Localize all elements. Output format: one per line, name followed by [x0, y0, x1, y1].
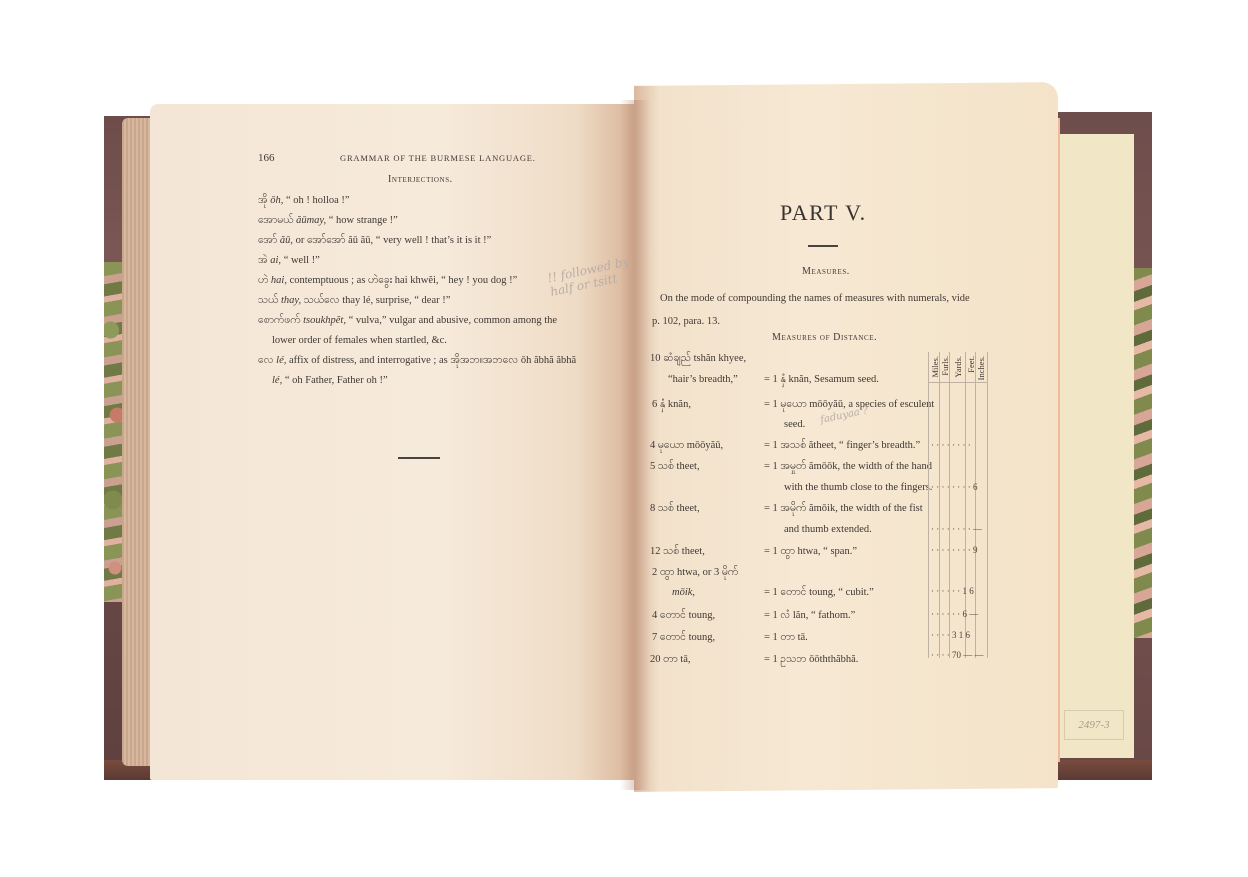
table-cell: · · · · · · 1 6: [931, 586, 974, 596]
entry-line: ဟဲ hai, contemptuous ; as ဟဲခွေး hai khw…: [258, 271, 517, 291]
book-gutter: [620, 100, 650, 790]
measure-left: 4 မုယော mōōyăū,: [650, 437, 723, 455]
intro-text-reference: p. 102, para. 13.: [652, 313, 720, 331]
measure-left: 5 သစ် theet,: [650, 458, 700, 476]
measure-right: = 1 နှံ knăn, Sesamum seed.: [764, 371, 879, 389]
entry-line: အဲ ai, “ well !”: [258, 251, 320, 271]
measure-right: = 1 ထွာ htwa, “ span.”: [764, 543, 857, 561]
measure-left: 12 သစ် theet,: [650, 543, 705, 561]
measure-left: 8 သစ် theet,: [650, 500, 700, 518]
part-title: PART V.: [780, 204, 867, 222]
entry-line: အို ōh, “ oh ! holloa !”: [258, 191, 350, 211]
entry-line-continuation: lé, “ oh Father, Father oh !”: [272, 371, 388, 391]
section-end-rule: [398, 457, 440, 459]
col-header-yards: Yards.: [953, 356, 963, 378]
right-endpaper: [1058, 134, 1134, 758]
measure-right: with the thumb close to the fingers.: [784, 479, 932, 497]
measure-right: = 1 အမှုတ် ămōōk, the width of the hand: [764, 458, 932, 476]
measure-right: = 1 တာ tā.: [764, 629, 808, 647]
measure-right: and thumb extended.: [784, 521, 872, 539]
measure-right: = 1 အသစ် ătheet, “ finger’s breadth.”: [764, 437, 920, 455]
measure-left: 6 နှံ knăn,: [652, 396, 691, 414]
units-table: Miles. Furls. Yards. Feet. Inches. · · ·…: [928, 352, 987, 658]
table-cell: · · · · 70 — —: [931, 650, 984, 660]
page-number: 166: [258, 148, 275, 168]
measure-left: 4 တောင် toung,: [652, 607, 715, 625]
endpaper-pencil-tag: 2497-3: [1064, 710, 1124, 740]
measure-left: mōik,: [672, 584, 695, 602]
table-cell: · · · · 3 1 6: [931, 630, 970, 640]
title-rule: [808, 245, 838, 247]
measure-right: seed.: [784, 416, 805, 434]
section-title-measures: Measures.: [802, 263, 850, 281]
subsection-title-distance: Measures of Distance.: [772, 329, 877, 347]
left-page: [150, 104, 634, 780]
section-title-interjections: Interjections.: [388, 170, 453, 190]
measure-right: = 1 အမိုက် ămōik, the width of the fist: [764, 500, 923, 518]
running-head: GRAMMAR OF THE BURMESE LANGUAGE.: [340, 148, 536, 168]
table-cell: · · · · · · · · —: [931, 524, 982, 534]
col-header-inches: Inches.: [976, 356, 986, 380]
col-header-furls: Furls.: [940, 356, 950, 376]
table-cell: · · · · · · · · 9: [931, 545, 977, 555]
entry-line: လေ lé, affix of distress, and interrogat…: [258, 351, 576, 371]
entry-line: အောမယ် ăūmay, “ how strange !”: [258, 211, 398, 231]
measure-left: “hair’s breadth,”: [668, 371, 738, 389]
measure-left: 10 ဆံချည် tshăn khyee,: [650, 350, 746, 368]
table-cell: · · · · · · · · 6: [931, 482, 977, 492]
entry-line: သယ် thay, သယ်လေ thay lé, surprise, “ dea…: [258, 291, 450, 311]
measure-right: = 1 တောင် toung, “ cubit.”: [764, 584, 874, 602]
measure-right: = 1 လံ lăn, “ fathom.”: [764, 607, 855, 625]
intro-text: On the mode of compounding the names of …: [660, 290, 970, 308]
measure-left: 7 တောင် toung,: [652, 629, 715, 647]
table-cell: · · · · · · 6 —: [931, 609, 978, 619]
col-header-feet: Feet.: [966, 356, 976, 373]
entry-line-continuation: lower order of females when startled, &c…: [272, 331, 447, 351]
measure-left: 20 တာ tā,: [650, 651, 691, 669]
table-cell: · · · · · · · ·: [931, 440, 971, 450]
entry-line: စောက်ဖက် tsoukhpĕt, “ vulva,” vulgar and…: [258, 311, 557, 331]
measure-left: 2 ထွာ htwa, or 3 မိုက်: [652, 564, 738, 582]
col-header-miles: Miles.: [930, 356, 940, 378]
measure-right: = 1 ဥသဘ ōōththăbhă.: [764, 651, 858, 669]
entry-line: အော် ăū, or အော်အော် ăū ăū, “ very well …: [258, 231, 491, 251]
